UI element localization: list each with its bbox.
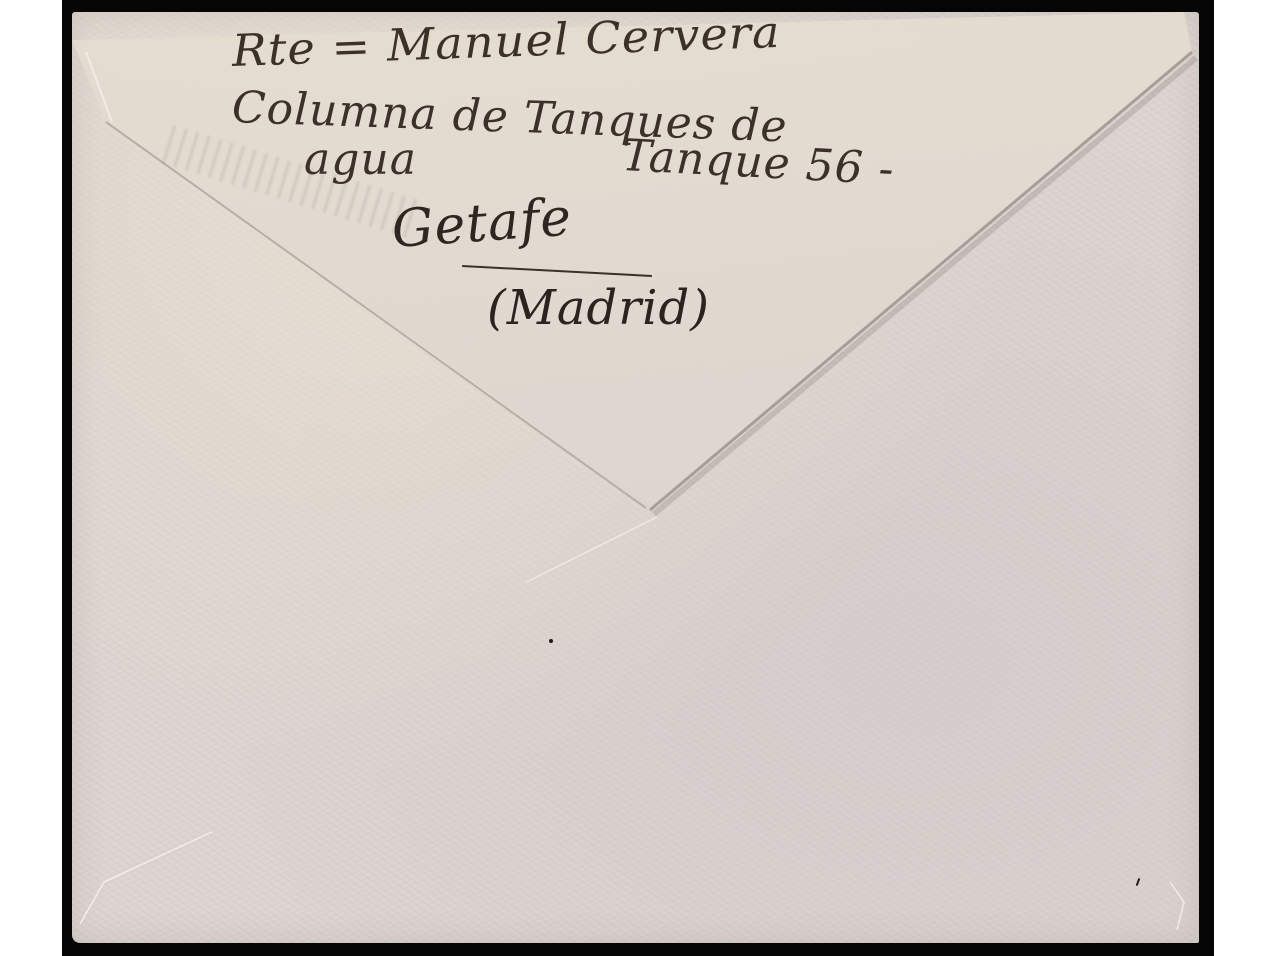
handwriting-line-town: Getafe — [390, 188, 574, 260]
envelope-back: Rte = Manuel Cervera Columna de Tanques … — [72, 12, 1199, 943]
handwriting-line-agua: agua — [304, 134, 417, 185]
handwriting-line-province: (Madrid) — [487, 280, 710, 336]
ink-speck — [549, 639, 553, 643]
